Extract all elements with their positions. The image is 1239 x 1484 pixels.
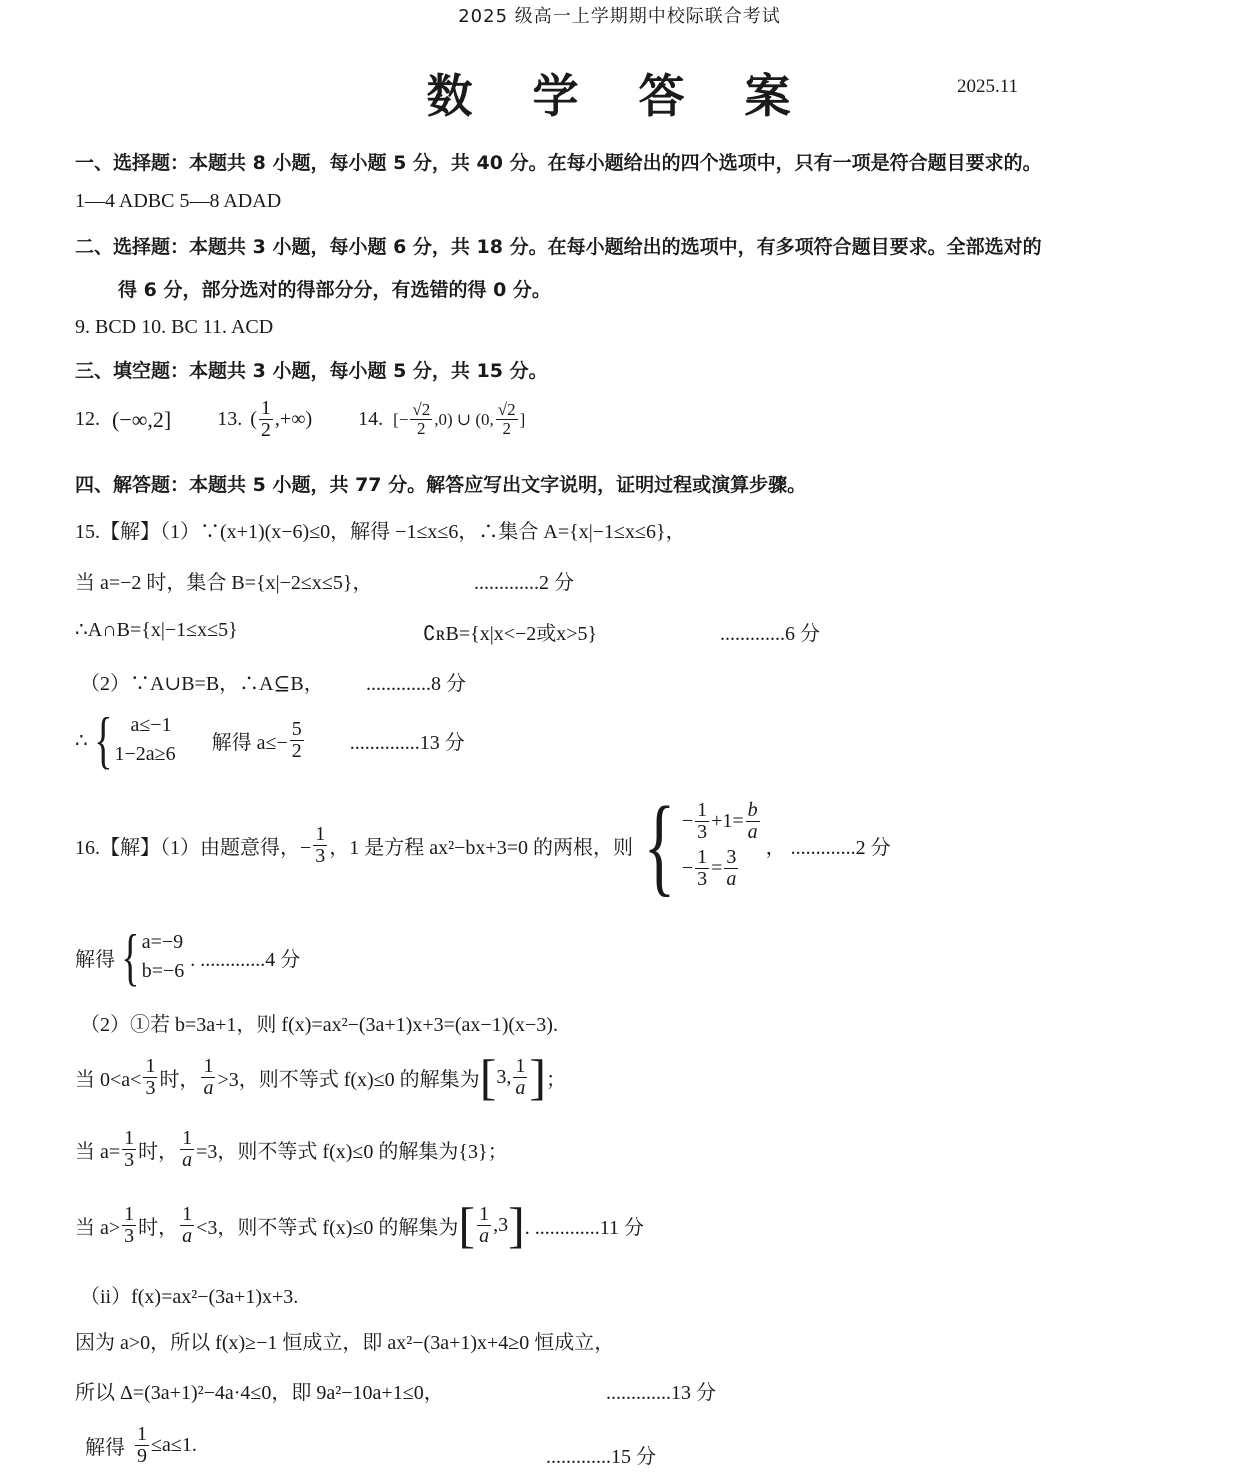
- q16-line8: 因为 a>0，所以 f(x)≥−1 恒成立，即 ax²−(3a+1)x+4≥0 …: [75, 1326, 614, 1355]
- frac-1-3: 13: [143, 1056, 157, 1099]
- q16-final-range: ≤a≤1.: [151, 1434, 197, 1457]
- q15-line3a: ∴A∩B={x|−1≤x≤5}: [75, 617, 238, 642]
- brace-icon: {: [121, 925, 139, 989]
- q15-score-13: ..............13 分: [350, 726, 465, 755]
- q16-root-den: 3: [313, 846, 327, 867]
- q16-root-num: 1: [313, 824, 327, 846]
- q16-line7: （ii）f(x)=ax²−(3a+1)x+3.: [80, 1280, 298, 1309]
- q14-den-2: 2: [500, 420, 513, 438]
- interval-right: ,3: [493, 1214, 508, 1237]
- q14-part3: ]: [520, 410, 526, 430]
- q16-case2-mid2: =3，则不等式 f(x)≤0 的解集为{3}；: [196, 1135, 507, 1164]
- q15-line2: 当 a=−2 时，集合 B={x|−2≤x≤5}，: [75, 566, 373, 595]
- q15-score-8: .............8 分: [366, 667, 466, 696]
- part3-heading: 三、填空题：本题共 3 小题，每小题 5 分，共 15 分。: [75, 356, 548, 383]
- q16-result-system: { a=−9b=−6: [115, 925, 184, 989]
- q15-sys-row2: 1−2a≥6: [114, 743, 175, 766]
- q15-fraction: 52: [290, 719, 304, 762]
- q14-label: 14.: [358, 408, 383, 431]
- q15-line3b: ∁ʀB={x|x<−2或x>5}: [423, 617, 597, 646]
- part3-answers: 12. (−∞,2] 13. ( 12 ,+∞) 14. [− √22 ,0) …: [75, 398, 525, 441]
- frac-1-3: 13: [122, 1204, 136, 1247]
- q16-vieta-system: { − 13 +1= ba − 13 = 3a: [633, 790, 762, 900]
- part4-heading: 四、解答题：本题共 5 小题，共 77 分。解答应写出文字说明，证明过程或演算步…: [75, 470, 806, 497]
- part1-answers: 1—4 ADBC 5—8 ADAD: [75, 190, 281, 213]
- plus-one-equals: +1=: [711, 810, 744, 833]
- q13-fraction: 12: [259, 398, 273, 441]
- q16-root-fraction: 13: [313, 824, 327, 867]
- q16-line1-pre: 16.【解】（1）由题意得，−: [75, 831, 311, 860]
- den: 9: [135, 1446, 149, 1467]
- frac-b-a: ba: [746, 800, 760, 843]
- exam-date: 2025.11: [957, 76, 1018, 98]
- frac-3-a: 3a: [724, 847, 738, 890]
- q16-a-value: a=−9: [142, 931, 185, 954]
- num: b: [746, 800, 760, 822]
- part2-heading-line2: 得 6 分，部分选对的得部分分，有选错的得 0 分。: [118, 275, 551, 302]
- q16-final-label: 解得: [85, 1431, 125, 1460]
- q15-score-6: .............6 分: [720, 617, 820, 646]
- den: a: [477, 1226, 491, 1247]
- frac-1-3: 13: [695, 800, 709, 843]
- q16-line1-mid: ，1 是方程 ax²−bx+3=0 的两根，则: [329, 831, 633, 860]
- num: 1: [201, 1056, 215, 1078]
- q16-line1: 16.【解】（1）由题意得，− 13 ，1 是方程 ax²−bx+3=0 的两根…: [75, 790, 891, 900]
- q14-num-2: √2: [496, 401, 518, 420]
- num: 1: [122, 1128, 136, 1150]
- q16-line9: 所以 Δ=(3a+1)²−4a·4≤0，即 9a²−10a+1≤0，: [75, 1376, 444, 1405]
- q13-close: ,+∞): [275, 408, 312, 431]
- den: a: [180, 1226, 194, 1247]
- q16-line10: 解得 19 ≤a≤1.: [85, 1424, 197, 1467]
- q13-label: 13.: [217, 408, 242, 431]
- num: 1: [180, 1204, 194, 1226]
- q16-case2-pre: 当 a=: [75, 1135, 120, 1164]
- q16-case3-mid: 时，: [138, 1211, 178, 1240]
- q12-label: 12.: [75, 408, 100, 431]
- q13-num: 1: [259, 398, 273, 420]
- q16-case1-mid: 时，: [159, 1063, 199, 1092]
- equals: =: [711, 857, 722, 880]
- num: 1: [122, 1204, 136, 1226]
- q12-answer: (−∞,2]: [112, 407, 171, 433]
- q16-line2: 解得 { a=−9b=−6 . .............4 分: [75, 925, 300, 989]
- q16-solve-label: 解得: [75, 943, 115, 972]
- q16-b-value: b=−6: [142, 960, 185, 983]
- q15-line5: ∴ { a≤−11−2a≥6 解得 a≤− 52 ..............1…: [75, 708, 465, 772]
- part1-heading: 一、选择题：本题共 8 小题，每小题 5 分，共 40 分。在每小题给出的四个选…: [75, 148, 1042, 175]
- frac-1-9: 19: [135, 1424, 149, 1467]
- num: 1: [695, 847, 709, 869]
- q13-open: (: [250, 408, 257, 431]
- q15-system: { a≤−11−2a≥6: [88, 708, 176, 772]
- exam-title: 2025 级高一上学期期中校际联合考试: [0, 2, 1239, 28]
- frac-1-a: 1a: [201, 1056, 215, 1099]
- q14-fraction-1: √22: [410, 401, 432, 438]
- q15-solve: 解得 a≤−: [212, 726, 288, 755]
- num: 1: [135, 1424, 149, 1446]
- brace-icon: {: [94, 708, 112, 772]
- q14-num-1: √2: [410, 401, 432, 420]
- q16-score-15: .............15 分: [546, 1440, 656, 1469]
- num: 3: [724, 847, 738, 869]
- document-subtitle: 数 学 答 案: [0, 60, 1239, 126]
- minus: −: [682, 810, 693, 833]
- q16-case3-interval: [ 1a,3]: [458, 1200, 524, 1250]
- brace-icon: {: [644, 790, 676, 900]
- q16-case1-end: ；: [546, 1063, 566, 1092]
- minus: −: [682, 857, 693, 880]
- q14-den-1: 2: [415, 420, 428, 438]
- den: a: [746, 822, 760, 843]
- frac-1-a: 1a: [180, 1204, 194, 1247]
- num: 1: [143, 1056, 157, 1078]
- num: 1: [513, 1056, 527, 1078]
- q16-score-11: . .............11 分: [525, 1211, 644, 1240]
- q16-line3: （2）①若 b=3a+1，则 f(x)=ax²−(3a+1)x+3=(ax−1)…: [80, 1008, 558, 1037]
- den: a: [201, 1078, 215, 1099]
- den: 3: [122, 1150, 136, 1171]
- therefore-symbol: ∴: [75, 728, 88, 753]
- q16-line6: 当 a> 13 时， 1a <3，则不等式 f(x)≤0 的解集为 [ 1a,3…: [75, 1200, 644, 1250]
- q15-sys-row1: a≤−1: [114, 714, 175, 737]
- frac-1-3: 13: [122, 1128, 136, 1171]
- q15-num: 5: [290, 719, 304, 741]
- q15-line1: 15.【解】（1）∵(x+1)(x−6)≤0，解得 −1≤x≤6，∴集合 A={…: [75, 515, 686, 544]
- q16-case3-mid2: <3，则不等式 f(x)≤0 的解集为: [196, 1211, 458, 1240]
- q16-case1-interval: [3, 1a]: [480, 1052, 546, 1102]
- frac-1-a: 1a: [513, 1056, 527, 1099]
- q14-fraction-2: √22: [496, 401, 518, 438]
- frac-1-a: 1a: [180, 1128, 194, 1171]
- q14-part1: [−: [393, 410, 408, 430]
- den: 3: [143, 1078, 157, 1099]
- q16-case1-mid2: >3，则不等式 f(x)≤0 的解集为: [217, 1063, 479, 1092]
- q15-score-2: .............2 分: [474, 566, 574, 595]
- q16-score-4: . .............4 分: [190, 943, 300, 972]
- part2-answers: 9. BCD 10. BC 11. ACD: [75, 316, 273, 339]
- q16-sys-row2: − 13 = 3a: [682, 847, 762, 890]
- q16-score-2: ， .............2 分: [766, 831, 891, 860]
- q16-line5: 当 a= 13 时， 1a =3，则不等式 f(x)≤0 的解集为{3}；: [75, 1128, 508, 1171]
- q16-case3-pre: 当 a>: [75, 1211, 120, 1240]
- num: 1: [180, 1128, 194, 1150]
- interval-left: 3,: [496, 1066, 511, 1089]
- den: a: [513, 1078, 527, 1099]
- q16-case2-mid: 时，: [138, 1135, 178, 1164]
- q16-case1-pre: 当 0<a<: [75, 1063, 141, 1092]
- q14-part2: ,0) ∪ (0,: [434, 410, 494, 430]
- den: 3: [122, 1226, 136, 1247]
- q13-den: 2: [259, 420, 273, 441]
- num: 1: [477, 1204, 491, 1226]
- frac-1-3: 13: [695, 847, 709, 890]
- frac-1-a: 1a: [477, 1204, 491, 1247]
- part2-heading-line1: 二、选择题：本题共 3 小题，每小题 6 分，共 18 分。在每小题给出的选项中…: [75, 232, 1042, 259]
- q16-line4: 当 0<a< 13 时， 1a >3，则不等式 f(x)≤0 的解集为 [3, …: [75, 1052, 566, 1102]
- num: 1: [695, 800, 709, 822]
- den: a: [180, 1150, 194, 1171]
- q16-sys-row1: − 13 +1= ba: [682, 800, 762, 843]
- den: 3: [695, 869, 709, 890]
- den: a: [724, 869, 738, 890]
- q15-line4: （2）∵A∪B=B，∴A⊆B，: [80, 667, 324, 696]
- q15-den: 2: [290, 741, 304, 762]
- q16-score-13: .............13 分: [606, 1376, 716, 1405]
- den: 3: [695, 822, 709, 843]
